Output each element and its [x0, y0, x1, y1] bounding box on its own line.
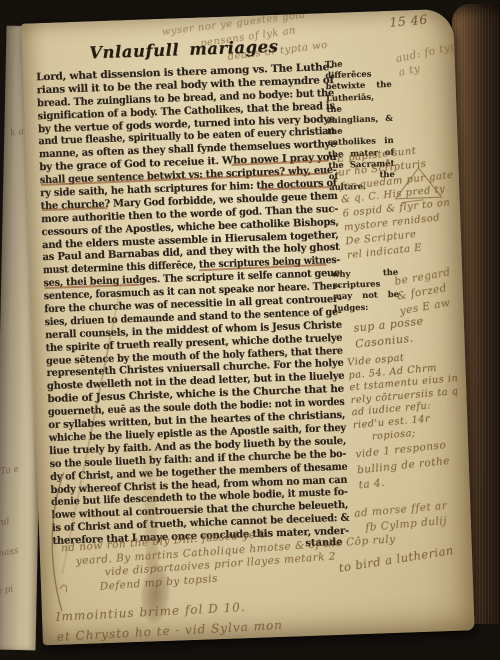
page-content: wyser nor ye guestes gold pensens of lyk…	[21, 9, 474, 646]
handwritten-annotation-bottom-margin: Immointius brime fol D 10.et Chrysto ho …	[55, 595, 283, 645]
handwritten-annotation-right: aud: fo typa ty	[395, 39, 462, 79]
handwritten-annotation-right: vide 1 responsobulling de rotheta 4.	[355, 438, 453, 494]
handwritten-annotation-right: E papiste suntur ho Scripturisfor quedam…	[336, 141, 461, 263]
facing-page-handwriting-fragment: mass	[0, 546, 19, 559]
facing-page-handwriting-fragment: y pi	[0, 585, 14, 597]
handwritten-annotation-right: be regard& forzedyes E aw	[393, 265, 457, 319]
handwritten-annotation-right: sup a posseCasonius.	[353, 313, 426, 352]
folio-number: 15 46	[389, 12, 428, 30]
handwritten-annotation-right: Vide ospatpa. 54. Ad Chrmet tstamentu ei…	[347, 348, 463, 445]
facing-page-handwriting-fragment: k a	[10, 127, 25, 139]
facing-page-handwriting-fragment: nd	[0, 517, 10, 529]
book-page: wyser nor ye guestes gold pensens of lyk…	[21, 9, 474, 646]
scanned-book-photo: k a Ta e nd mass y pi wyser nor ye guest…	[0, 0, 500, 660]
facing-page-handwriting-fragment: Ta e	[0, 464, 20, 477]
printed-sidenote-scriptures: why the scriptures may not be Judges:	[332, 267, 400, 314]
